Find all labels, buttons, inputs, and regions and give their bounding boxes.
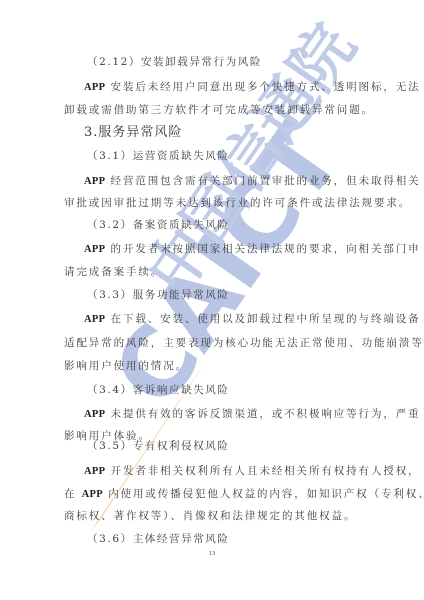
paragraph-line: 审批或因审批过期等未达到该行业的许可条件或法律法规要求。 [64, 196, 411, 210]
document-page: CAICT 中国信通院 （2.12）安装卸载异常行为风险 APP 安装后未经用户… [0, 0, 424, 600]
paragraph-line: 在 APP 内使用或传播侵犯他人权益的内容，如知识产权（专利权、 [64, 487, 424, 502]
subheading-3-6: （3.6）主体经营异常风险 [87, 532, 230, 546]
paragraph-line: APP 开发者非相关权利所有人且未经相关所有权持有人授权， [84, 464, 421, 479]
paragraph-line: APP 在下载、安装、使用以及卸载过程中所呈现的与终端设备 [84, 312, 421, 327]
subheading-3-2: （3.2）备案资质缺失风险 [87, 218, 230, 232]
paragraph-line: APP 经营范围包含需有关部门前置审批的业务，但未取得相关 [84, 174, 421, 189]
paragraph-line: APP 安装后未经用户同意出现多个快捷方式、透明图标，无法 [84, 80, 421, 95]
paragraph-line: APP 未提供有效的客诉反馈渠道，或不积极响应等行为，严重 [84, 407, 421, 422]
subheading-3-3: （3.3）服务功能异常风险 [87, 288, 230, 302]
section-heading-3: 3.服务异常风险 [84, 126, 182, 140]
page-number: 13 [0, 550, 424, 557]
subheading-3-1: （3.1）运营资质缺失风险 [87, 149, 230, 163]
subheading-3-4: （3.4）客诉响应缺失风险 [87, 383, 230, 397]
paragraph-line: 商标权、著作权等）、肖像权和法律规定的其他权益。 [64, 509, 356, 523]
paragraph-line: 影响用户使用的情况。 [64, 359, 188, 373]
paragraph-line: 请完成备案手续。 [64, 265, 163, 279]
paragraph-line: 卸载或需借助第三方软件才可完成等安装卸载异常问题。 [64, 103, 374, 117]
paragraph-line: APP 的开发者未按照国家相关法律法规的要求，向相关部门申 [84, 242, 421, 257]
subheading-3-5: （3.5）专有权利侵权风险 [87, 439, 230, 453]
subheading-2-12: （2.12）安装卸载异常行为风险 [87, 55, 262, 69]
paragraph-line: 适配异常的风险，主要表现为核心功能无法正常使用、功能崩溃等 [64, 336, 424, 350]
